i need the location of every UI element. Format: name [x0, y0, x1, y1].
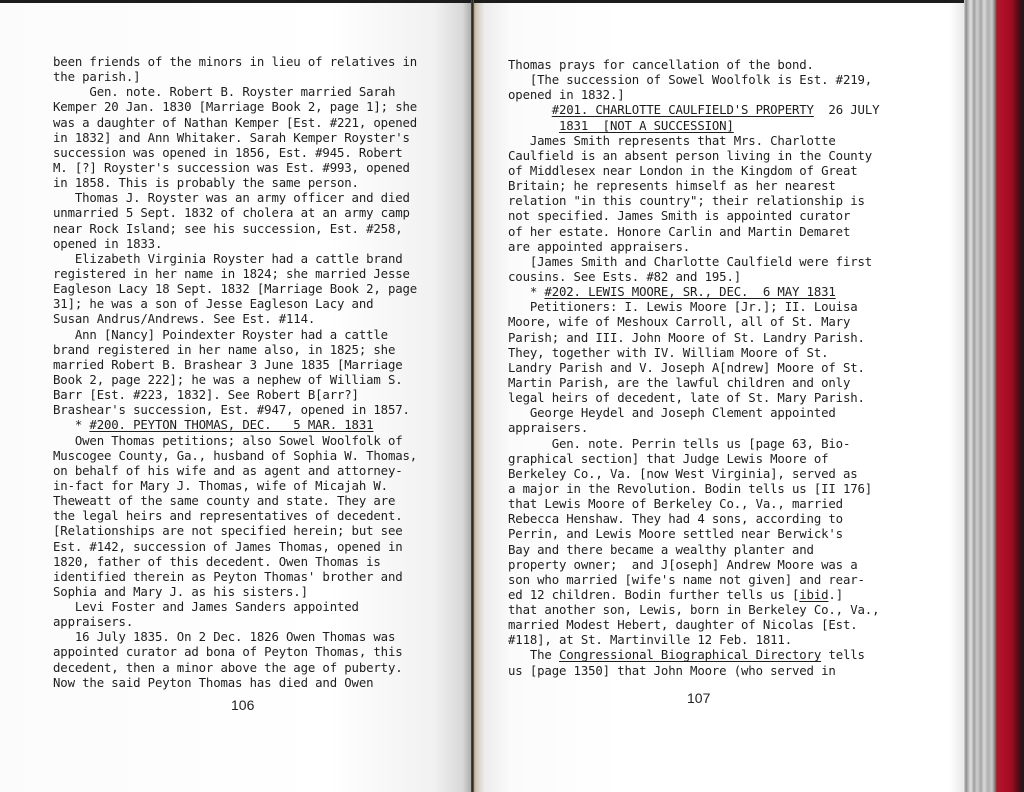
text-line: #201. CHARLOTTE CAULFIELD'S PROPERTY 26 … — [508, 103, 879, 118]
text-line: in-fact for Mary J. Thomas, wife of Mica… — [53, 479, 417, 494]
text-line: married Modest Hebert, daughter of Nicol… — [508, 618, 879, 633]
text-line: 1820, father of this decedent. Owen Thom… — [53, 555, 417, 570]
text-line: Landry Parish and V. Joseph A[ndrew] Moo… — [508, 361, 879, 376]
text-line: 1831 [NOT A SUCCESSION] — [508, 119, 879, 134]
text-line: ed 12 children. Bodin further tells us [… — [508, 588, 879, 603]
text-line: [Relationships are not specified herein;… — [53, 524, 417, 539]
text-line: Thomas prays for cancellation of the bon… — [508, 58, 879, 73]
text-line: [The succession of Sowel Woolfolk is Est… — [508, 73, 879, 88]
text-line: Owen Thomas petitions; also Sowel Woolfo… — [53, 434, 417, 449]
text-line: Thomas J. Royster was an army officer an… — [53, 191, 417, 206]
text-line: the legal heirs and representatives of d… — [53, 509, 417, 524]
text-line: graphical section] that Judge Lewis Moor… — [508, 452, 879, 467]
text-line: decedent, then a minor above the age of … — [53, 661, 417, 676]
text-line: unmarried 5 Sept. 1832 of cholera at an … — [53, 206, 417, 221]
text-line: Sophia and Mary J. as his sisters.] — [53, 585, 417, 600]
text-line: opened in 1833. — [53, 237, 417, 252]
text-line: Gen. note. Robert B. Royster married Sar… — [53, 85, 417, 100]
left-page-text: been friends of the minors in lieu of re… — [53, 55, 417, 691]
text-line: Perrin, and Lewis Moore settled near Ber… — [508, 527, 879, 542]
text-line: Bay and there became a wealthy planter a… — [508, 543, 879, 558]
text-line: legal heirs of decedent, late of St. Mar… — [508, 391, 879, 406]
text-line: [James Smith and Charlotte Caulfield wer… — [508, 255, 879, 270]
text-line: relation "in this country"; their relati… — [508, 194, 879, 209]
text-line: Est. #142, succession of James Thomas, o… — [53, 540, 417, 555]
text-line: Book 2, page 222]; he was a nephew of Wi… — [53, 373, 417, 388]
text-line: identified therein as Peyton Thomas' bro… — [53, 570, 417, 585]
text-line: in 1858. This is probably the same perso… — [53, 176, 417, 191]
text-line: been friends of the minors in lieu of re… — [53, 55, 417, 70]
text-line: * #200. PEYTON THOMAS, DEC. 5 MAR. 1831 — [53, 418, 417, 433]
text-line: #118], at St. Martinville 12 Feb. 1811. — [508, 633, 879, 648]
left-page-number: 106 — [231, 697, 254, 713]
text-line: Elizabeth Virginia Royster had a cattle … — [53, 252, 417, 267]
open-book: been friends of the minors in lieu of re… — [0, 0, 1024, 792]
text-line: 16 July 1835. On 2 Dec. 1826 Owen Thomas… — [53, 630, 417, 645]
text-line: Berkeley Co., Va. [now West Virginia], s… — [508, 467, 879, 482]
underlined-heading: ibid — [799, 588, 828, 602]
text-line: * #202. LEWIS MOORE, SR., DEC. 6 MAY 183… — [508, 285, 879, 300]
text-line: Moore, wife of Meshoux Carroll, all of S… — [508, 315, 879, 330]
page-edges-and-binding — [964, 0, 1024, 792]
text-line: appraisers. — [53, 615, 417, 630]
text-line: 31]; he was a son of Jesse Eagleson Lacy… — [53, 297, 417, 312]
right-page-number: 107 — [687, 690, 710, 706]
text-line: Rebecca Henshaw. They had 4 sons, accord… — [508, 512, 879, 527]
book-gutter — [471, 0, 474, 792]
text-line: that another son, Lewis, born in Berkele… — [508, 603, 879, 618]
text-line: Muscogee County, Ga., husband of Sophia … — [53, 449, 417, 464]
text-line: They, together with IV. William Moore of… — [508, 346, 879, 361]
text-line: Kemper 20 Jan. 1830 [Marriage Book 2, pa… — [53, 100, 417, 115]
text-line: Britain; he represents himself as her ne… — [508, 179, 879, 194]
text-line: on behalf of his wife and as agent and a… — [53, 464, 417, 479]
text-line: Brashear's succession, Est. #947, opened… — [53, 403, 417, 418]
text-line: Barr [Est. #223, 1832]. See Robert B[arr… — [53, 388, 417, 403]
text-line: James Smith represents that Mrs. Charlot… — [508, 134, 879, 149]
underlined-heading: Congressional Biographical Directory — [559, 648, 821, 662]
text-line: a major in the Revolution. Bodin tells u… — [508, 482, 879, 497]
text-line: married Robert B. Brashear 3 June 1835 [… — [53, 358, 417, 373]
text-line: of Middlesex near London in the Kingdom … — [508, 164, 879, 179]
text-line: Levi Foster and James Sanders appointed — [53, 600, 417, 615]
underlined-heading: #202. LEWIS MOORE, SR., DEC. 6 MAY 1831 — [544, 285, 835, 299]
text-line: Ann [Nancy] Poindexter Royster had a cat… — [53, 328, 417, 343]
text-line: Caulfield is an absent person living in … — [508, 149, 879, 164]
text-line: son who married [wife's name not given] … — [508, 573, 879, 588]
text-line: not specified. James Smith is appointed … — [508, 209, 879, 224]
text-line: Petitioners: I. Lewis Moore [Jr.]; II. L… — [508, 300, 879, 315]
text-line: brand registered in her name also, in 18… — [53, 343, 417, 358]
text-line: succession was opened in 1856, Est. #945… — [53, 146, 417, 161]
text-line: opened in 1832.] — [508, 88, 879, 103]
underlined-heading: #200. PEYTON THOMAS, DEC. 5 MAR. 1831 — [89, 418, 373, 432]
text-line: George Heydel and Joseph Clement appoint… — [508, 406, 879, 421]
text-line: The Congressional Biographical Directory… — [508, 648, 879, 663]
text-line: Susan Andrus/Andrews. See Est. #114. — [53, 312, 417, 327]
text-line: appraisers. — [508, 421, 879, 436]
text-line: Gen. note. Perrin tells us [page 63, Bio… — [508, 437, 879, 452]
underlined-heading: #201. CHARLOTTE CAULFIELD'S PROPERTY — [552, 103, 814, 117]
text-line: of her estate. Honore Carlin and Martin … — [508, 225, 879, 240]
text-line: Now the said Peyton Thomas has died and … — [53, 676, 417, 691]
text-line: registered in her name in 1824; she marr… — [53, 267, 417, 282]
text-line: was a daughter of Nathan Kemper [Est. #2… — [53, 116, 417, 131]
text-line: property owner; and J[oseph] Andrew Moor… — [508, 558, 879, 573]
text-line: M. [?] Royster's succession was Est. #99… — [53, 161, 417, 176]
text-line: in 1832] and Ann Whitaker. Sarah Kemper … — [53, 131, 417, 146]
text-line: the parish.] — [53, 70, 417, 85]
text-line: cousins. See Ests. #82 and 195.] — [508, 270, 879, 285]
text-line: us [page 1350] that John Moore (who serv… — [508, 664, 879, 679]
text-line: Parish; and III. John Moore of St. Landr… — [508, 331, 879, 346]
right-page-text: Thomas prays for cancellation of the bon… — [508, 58, 879, 679]
text-line: Theweatt of the same county and state. T… — [53, 494, 417, 509]
underlined-heading: 1831 [NOT A SUCCESSION] — [559, 119, 734, 133]
text-line: near Rock Island; see his succession, Es… — [53, 222, 417, 237]
text-line: Martin Parish, are the lawful children a… — [508, 376, 879, 391]
text-line: are appointed appraisers. — [508, 240, 879, 255]
text-line: appointed curator ad bona of Peyton Thom… — [53, 645, 417, 660]
text-line: Eagleson Lacy 18 Sept. 1832 [Marriage Bo… — [53, 282, 417, 297]
text-line: that Lewis Moore of Berkeley Co., Va., m… — [508, 497, 879, 512]
